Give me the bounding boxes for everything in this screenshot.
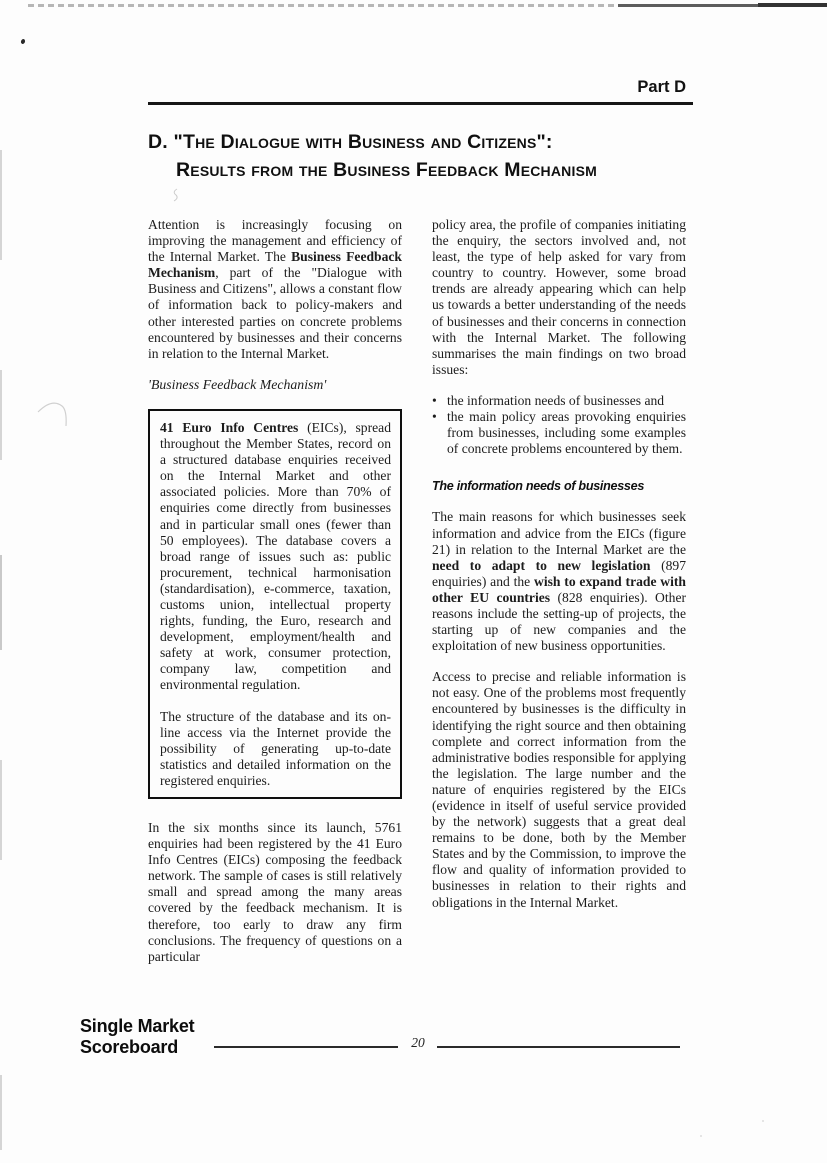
paragraph: The main reasons for which businesses se… bbox=[432, 509, 686, 654]
text-segment: (EICs), spread throughout the Member Sta… bbox=[160, 420, 391, 693]
scan-artifact-speck bbox=[700, 1135, 702, 1137]
right-column: policy area, the profile of companies in… bbox=[432, 217, 686, 926]
heading-line-1: D. "The Dialogue with Business and Citiz… bbox=[148, 128, 708, 156]
scan-artifact-left-edge bbox=[0, 555, 2, 650]
part-label: Part D bbox=[560, 78, 686, 97]
bullet-list: • the information needs of businesses an… bbox=[432, 393, 686, 457]
footer-rule-right bbox=[437, 1046, 680, 1048]
page-number: 20 bbox=[404, 1035, 432, 1051]
scan-artifact-top-dark-segment bbox=[758, 3, 827, 7]
bold-text-segment: need to adapt to new legislation bbox=[432, 558, 650, 573]
intro-paragraph: Attention is increasingly focusing on im… bbox=[148, 217, 402, 362]
scanned-document-page: Part D D. "The Dialogue with Business an… bbox=[0, 0, 827, 1163]
list-item: • the information needs of businesses an… bbox=[432, 393, 686, 409]
document-heading: D. "The Dialogue with Business and Citiz… bbox=[148, 128, 708, 184]
scan-artifact-dot bbox=[20, 38, 25, 44]
bullet-icon: • bbox=[432, 409, 447, 457]
info-box-paragraph-1: 41 Euro Info Centres (EICs), spread thro… bbox=[160, 420, 391, 694]
footer-brand: Single Market Scoreboard bbox=[80, 1016, 194, 1057]
left-column: Attention is increasingly focusing on im… bbox=[148, 217, 402, 980]
heading-number: D. bbox=[148, 131, 168, 153]
scan-artifact-curve bbox=[36, 398, 76, 432]
footer-rule-left bbox=[214, 1046, 398, 1048]
scan-artifact-left-edge bbox=[0, 1075, 2, 1150]
bold-text-segment: 41 Euro Info Centres bbox=[160, 420, 298, 435]
bullet-icon: • bbox=[432, 393, 447, 409]
section-heading: The information needs of businesses bbox=[432, 478, 686, 494]
info-box: 41 Euro Info Centres (EICs), spread thro… bbox=[148, 409, 402, 799]
info-box-paragraph-2: The structure of the database and its on… bbox=[160, 709, 391, 789]
list-item: • the main policy areas provoking enquir… bbox=[432, 409, 686, 457]
footer-brand-line-2: Scoreboard bbox=[80, 1037, 194, 1058]
scan-artifact-left-edge bbox=[0, 370, 2, 460]
scan-artifact-left-edge bbox=[0, 150, 2, 260]
footer-brand-line-1: Single Market bbox=[80, 1016, 194, 1037]
heading-title-text: "The Dialogue with Business and Citizens… bbox=[174, 131, 553, 153]
scan-artifact-squiggle bbox=[170, 188, 182, 202]
italic-subheading: 'Business Feedback Mechanism' bbox=[148, 377, 402, 393]
paragraph: policy area, the profile of companies in… bbox=[432, 217, 686, 378]
text-segment: The main reasons for which businesses se… bbox=[432, 509, 686, 556]
bullet-item-text: the main policy areas provoking enquirie… bbox=[447, 409, 686, 457]
bullet-item-text: the information needs of businesses and bbox=[447, 393, 686, 409]
paragraph: Access to precise and reliable informati… bbox=[432, 669, 686, 910]
closing-paragraph: In the six months since its launch, 5761… bbox=[148, 820, 402, 965]
scan-artifact-left-edge bbox=[0, 760, 2, 860]
heading-line-2: Results from the Business Feedback Mecha… bbox=[176, 156, 708, 184]
header-rule bbox=[148, 102, 693, 105]
scan-artifact-speck bbox=[762, 1120, 764, 1122]
